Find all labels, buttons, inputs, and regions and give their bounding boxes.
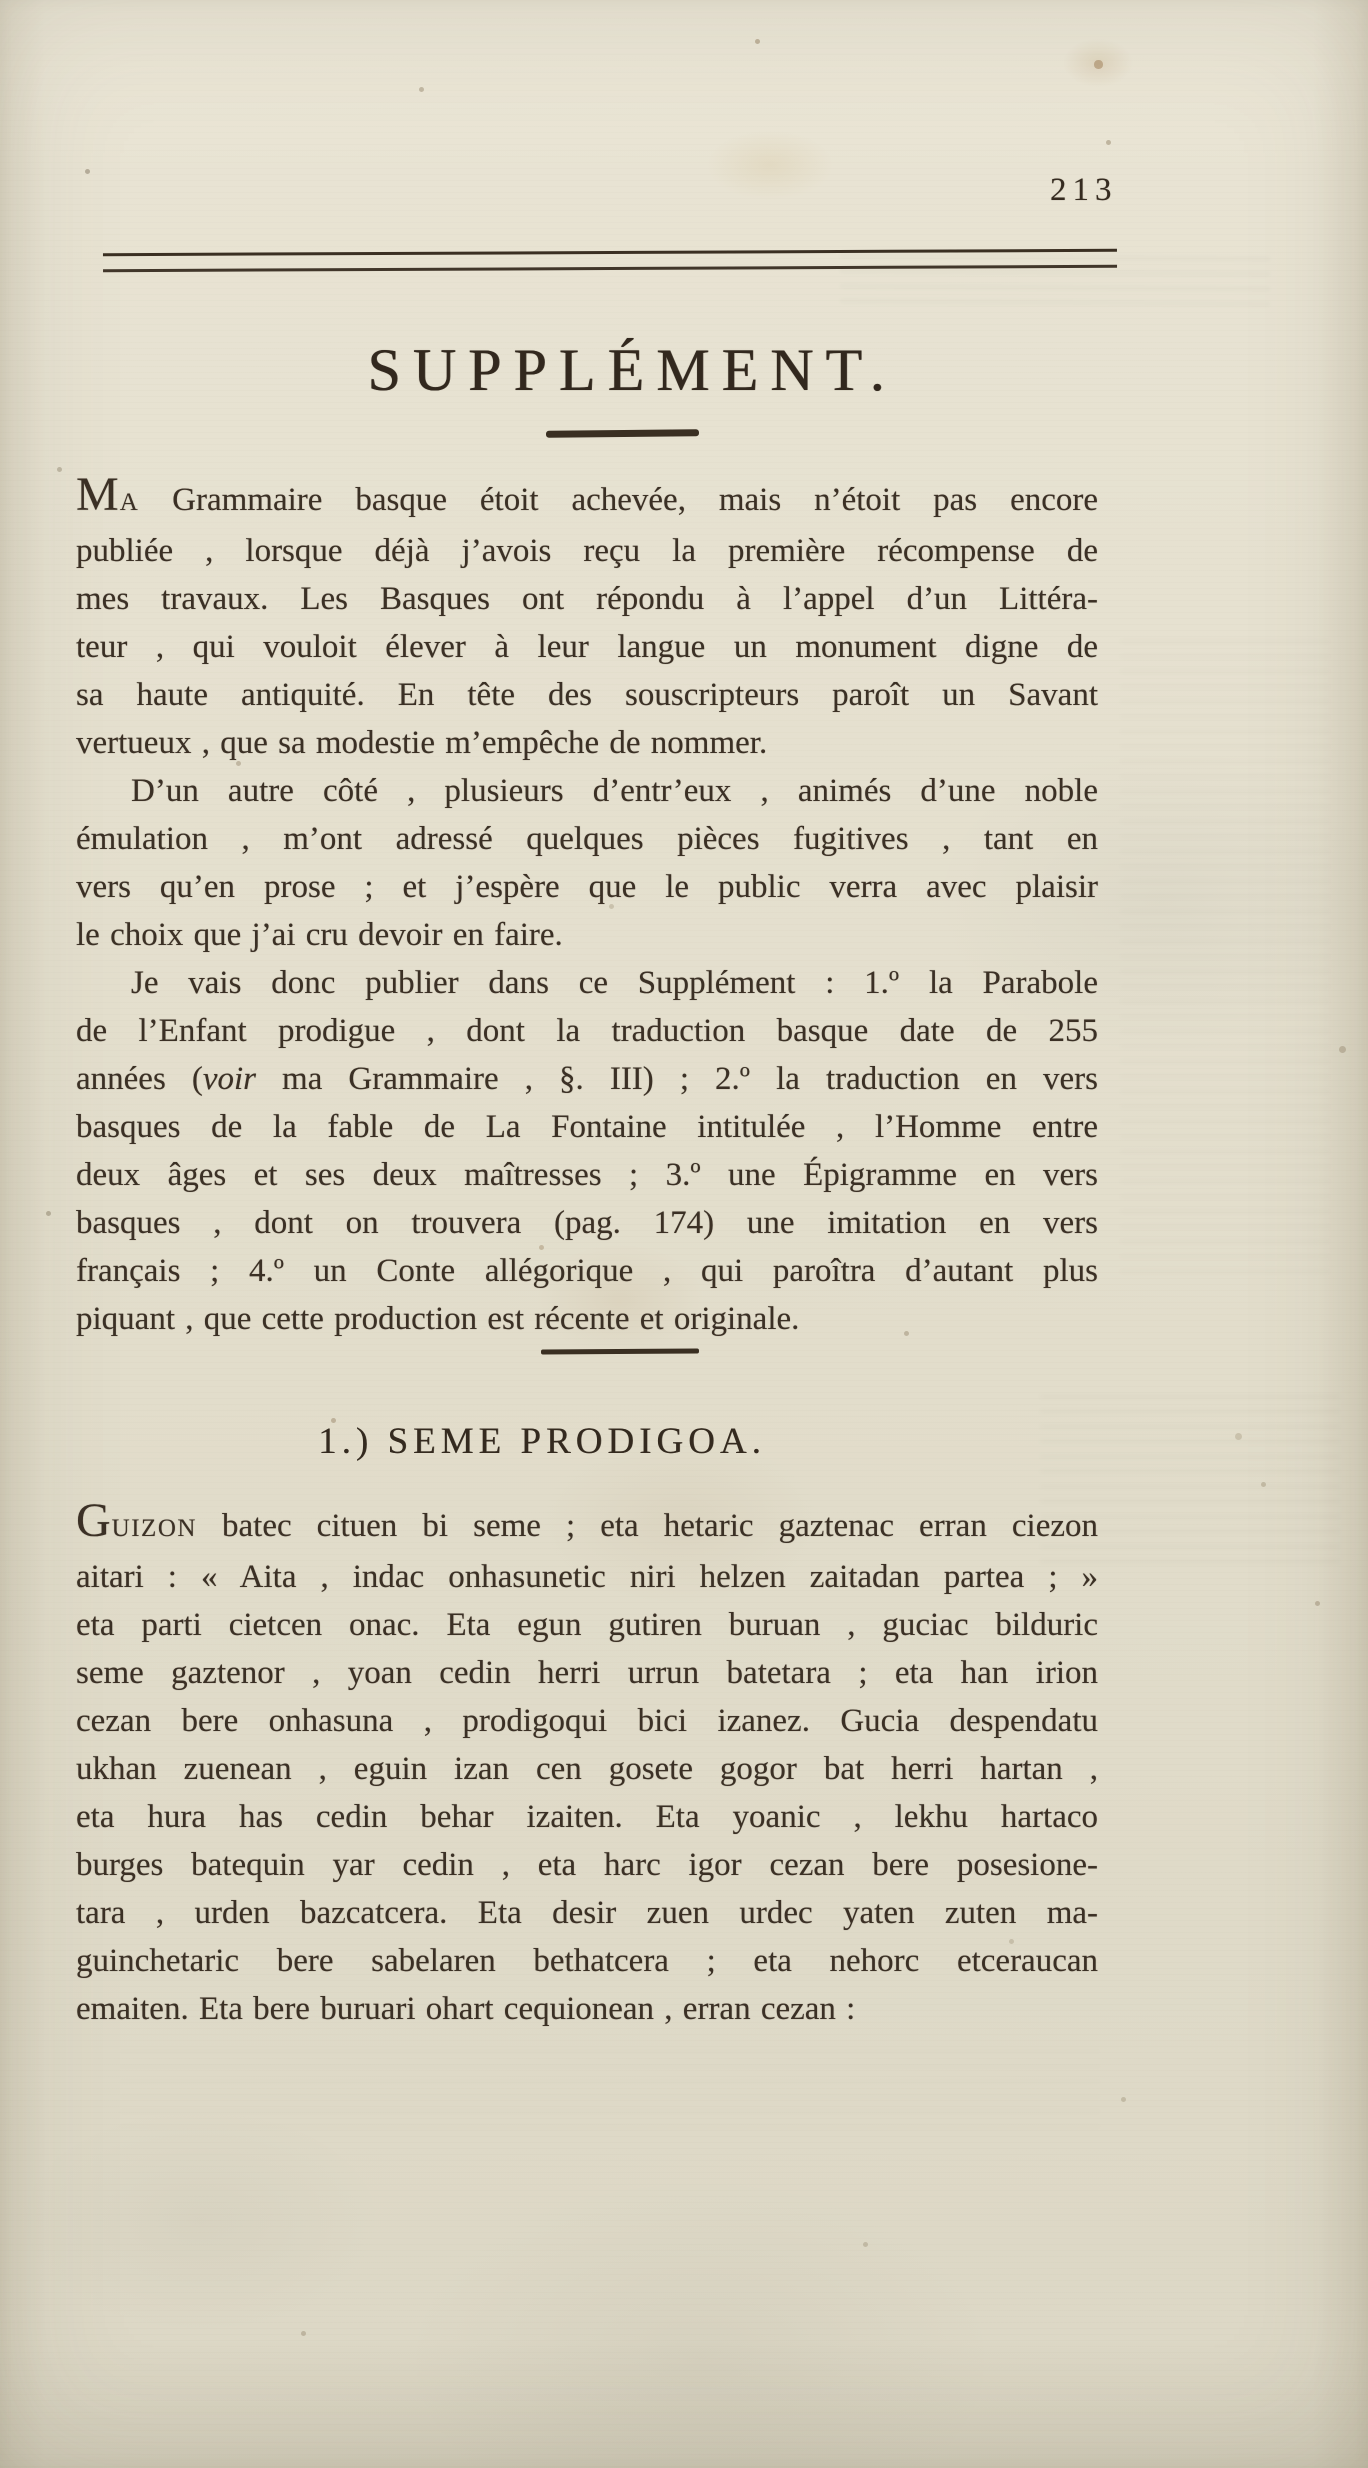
text-run: Je vais donc publier dans ce Supplément … <box>131 965 1098 1001</box>
top-double-rule <box>103 249 1117 272</box>
text-line: mes travaux. Les Basques ont répondu à l… <box>76 575 1098 623</box>
text-run: emaiten. Eta bere buruari ohart cequione… <box>76 1991 855 2027</box>
text-run: voir <box>203 1061 256 1097</box>
text-line: deux âges et ses deux maîtresses ; 3.º u… <box>76 1151 1098 1199</box>
text-run: teur , qui vouloit élever à leur langue … <box>76 629 1098 665</box>
page-number: 213 <box>1050 172 1118 209</box>
text-run: UIZON <box>112 1515 197 1542</box>
book-page: 213 SUPPLÉMENT. MA Grammaire basque étoi… <box>0 0 1368 2468</box>
text-run: piquant , que cette production est récen… <box>76 1301 799 1337</box>
text-line: ukhan zuenean , eguin izan cen gosete go… <box>76 1745 1098 1793</box>
text-line: eta hura has cedin behar izaiten. Eta yo… <box>76 1793 1098 1841</box>
text-run: années ( <box>76 1061 203 1097</box>
paragraph: D’un autre côté , plusieurs d’entr’eux ,… <box>76 767 1098 959</box>
section-heading: 1.) SEME PRODIGOA. <box>0 1420 1084 1463</box>
text-run: cezan bere onhasuna , prodigoqui bici iz… <box>76 1703 1098 1739</box>
text-run: eta hura has cedin behar izaiten. Eta yo… <box>76 1799 1098 1835</box>
lead-capital: M <box>76 468 120 521</box>
text-run: burges batequin yar cedin , eta harc igo… <box>76 1847 1098 1883</box>
text-line: le choix que j’ai cru devoir en faire. <box>76 911 1098 959</box>
paper-specks <box>0 0 3 3</box>
text-run: eta parti cietcen onac. Eta egun gutiren… <box>76 1607 1098 1643</box>
text-line: basques , dont on trouvera (pag. 174) un… <box>76 1199 1098 1247</box>
text-run: émulation , m’ont adressé quelques pièce… <box>76 821 1098 857</box>
text-line: basques de la fable de La Fontaine intit… <box>76 1103 1098 1151</box>
french-text-block: MA Grammaire basque étoit achevée, mais … <box>76 476 1098 1343</box>
text-line: sa haute antiquité. En tête des souscrip… <box>76 671 1098 719</box>
text-run: batec cituen bi seme ; eta hetaric gazte… <box>197 1508 1098 1544</box>
text-run: le choix que j’ai cru devoir en faire. <box>76 917 563 953</box>
text-run: A <box>120 489 140 516</box>
text-line: GUIZON batec cituen bi seme ; eta hetari… <box>76 1502 1098 1553</box>
text-line: seme gaztenor , yoan cedin herri urrun b… <box>76 1649 1098 1697</box>
paragraph: MA Grammaire basque étoit achevée, mais … <box>76 476 1098 767</box>
title-divider <box>546 429 699 438</box>
text-line: guinchetaric bere sabelaren bethatcera ;… <box>76 1937 1098 1985</box>
text-line: cezan bere onhasuna , prodigoqui bici iz… <box>76 1697 1098 1745</box>
text-run: D’un autre côté , plusieurs d’entr’eux ,… <box>131 773 1098 809</box>
text-line: piquant , que cette production est récen… <box>76 1295 1098 1343</box>
text-line: teur , qui vouloit élever à leur langue … <box>76 623 1098 671</box>
text-run: mes travaux. Les Basques ont répondu à l… <box>76 581 1098 617</box>
text-line: publiée , lorsque déjà j’avois reçu la p… <box>76 527 1098 575</box>
text-line: emaiten. Eta bere buruari ohart cequione… <box>76 1985 1098 2033</box>
verso-showthrough <box>1120 640 1330 1280</box>
text-line: tara , urden bazcatcera. Eta desir zuen … <box>76 1889 1098 1937</box>
text-line: de l’Enfant prodigue , dont la traductio… <box>76 1007 1098 1055</box>
text-line: vers qu’en prose ; et j’espère que le pu… <box>76 863 1098 911</box>
text-run: seme gaztenor , yoan cedin herri urrun b… <box>76 1655 1098 1691</box>
basque-text-block: GUIZON batec cituen bi seme ; eta hetari… <box>76 1502 1098 2033</box>
text-line: Je vais donc publier dans ce Supplément … <box>76 959 1098 1007</box>
text-line: eta parti cietcen onac. Eta egun gutiren… <box>76 1601 1098 1649</box>
text-line: français ; 4.º un Conte allégorique , qu… <box>76 1247 1098 1295</box>
text-line: burges batequin yar cedin , eta harc igo… <box>76 1841 1098 1889</box>
text-line: D’un autre côté , plusieurs d’entr’eux ,… <box>76 767 1098 815</box>
text-line: années (voir ma Grammaire , §. III) ; 2.… <box>76 1055 1098 1103</box>
text-run: français ; 4.º un Conte allégorique , qu… <box>76 1253 1098 1289</box>
text-run: sa haute antiquité. En tête des souscrip… <box>76 677 1098 713</box>
text-line: MA Grammaire basque étoit achevée, mais … <box>76 476 1098 527</box>
text-run: deux âges et ses deux maîtresses ; 3.º u… <box>76 1157 1098 1193</box>
verso-showthrough <box>120 2050 1100 2140</box>
text-line: émulation , m’ont adressé quelques pièce… <box>76 815 1098 863</box>
lead-capital: G <box>76 1494 112 1547</box>
text-run: publiée , lorsque déjà j’avois reçu la p… <box>76 533 1098 569</box>
text-run: ukhan zuenean , eguin izan cen gosete go… <box>76 1751 1098 1787</box>
text-run: basques , dont on trouvera (pag. 174) un… <box>76 1205 1098 1241</box>
paragraph: Je vais donc publier dans ce Supplément … <box>76 959 1098 1343</box>
text-run: de l’Enfant prodigue , dont la traductio… <box>76 1013 1098 1049</box>
text-run: aitari : « Aita , indac onhasunetic niri… <box>76 1559 1098 1595</box>
text-run: vers qu’en prose ; et j’espère que le pu… <box>76 869 1098 905</box>
text-run: tara , urden bazcatcera. Eta desir zuen … <box>76 1895 1098 1931</box>
text-run: Grammaire basque étoit achevée, mais n’é… <box>139 482 1098 518</box>
text-run: ma Grammaire , §. III) ; 2.º la traducti… <box>256 1061 1098 1097</box>
text-line: aitari : « Aita , indac onhasunetic niri… <box>76 1553 1098 1601</box>
text-run: vertueux , que sa modestie m’empêche de … <box>76 725 767 761</box>
section-divider <box>541 1348 699 1354</box>
text-run: basques de la fable de La Fontaine intit… <box>76 1109 1098 1145</box>
text-line: vertueux , que sa modestie m’empêche de … <box>76 719 1098 767</box>
text-run: guinchetaric bere sabelaren bethatcera ;… <box>76 1943 1098 1979</box>
page-title: SUPPLÉMENT. <box>0 336 1252 405</box>
paragraph: GUIZON batec cituen bi seme ; eta hetari… <box>76 1502 1098 2033</box>
